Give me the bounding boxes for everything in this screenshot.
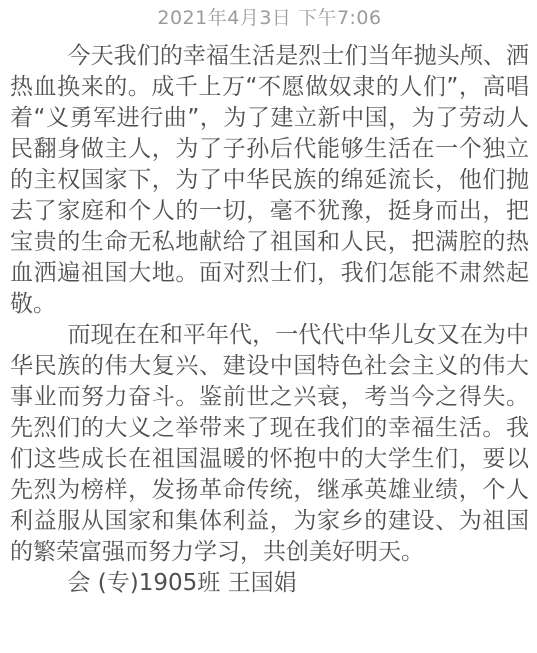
paragraph-2: 而现在在和平年代，一代代中华儿女又在为中华民族的伟大复兴、建设中国特色社会主义的… [10,320,529,568]
timestamp: 2021年4月3日 下午7:06 [10,6,529,31]
message-page: 2021年4月3日 下午7:06 今天我们的幸福生活是烈士们当年抛头颅、洒热血换… [0,0,537,653]
paragraph-1: 今天我们的幸福生活是烈士们当年抛头颅、洒热血换来的。成千上万“不愿做奴隶的人们”… [10,41,529,320]
author-signature: 会 (专)1905班 王国娟 [10,568,529,599]
essay-body: 今天我们的幸福生活是烈士们当年抛头颅、洒热血换来的。成千上万“不愿做奴隶的人们”… [10,41,529,599]
